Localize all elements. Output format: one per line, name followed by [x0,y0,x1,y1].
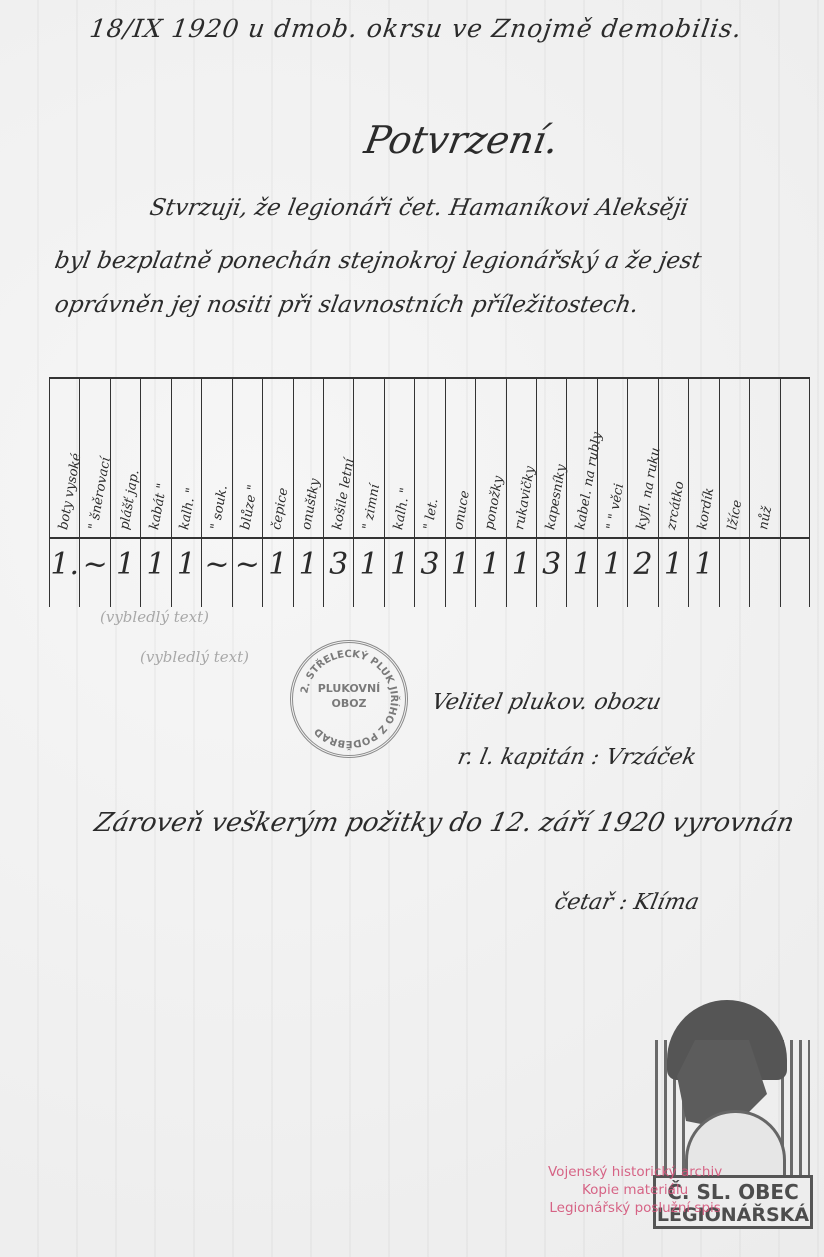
table-value-cell [719,539,749,607]
header-note: 18/IX 1920 u dmob. okrsu ve Znojmě demob… [88,14,744,43]
header-label: plášť jap. [117,469,142,531]
header-label: zrcátko [665,480,688,531]
settlement-note: Zároveň veškerým požitky do 12. září 192… [92,808,797,838]
header-label: " " věci [604,482,627,531]
header-label: ponožky [482,475,506,531]
stamp-center-line-1: PLUKOVNÍ [293,681,405,696]
table-header-cell: rukavičky [506,379,536,537]
uniform-items-table: boty vysoké " šněrovací plášť jap. kabát… [49,377,810,609]
faded-note-2: (vybledlý text) [140,648,249,666]
captain-signature: r. l. kapitán : Vrzáček [455,745,698,770]
table-header-cell: onuce [445,379,475,537]
table-value-cell: 1 [445,539,475,607]
table-header-cell: košile letní [323,379,353,537]
table-value-cell: 1 [140,539,170,607]
header-label: nůž [756,505,775,531]
table-header-cell: kabel. na rubly [566,379,596,537]
value-label: 1 [446,547,475,582]
table-value-cell: 3 [414,539,444,607]
table-value-cell: ~ [201,539,231,607]
value-label: 1 [111,547,140,582]
value-label: 1 [172,547,201,582]
table-header-cell: nůž [749,379,779,537]
value-label: 3 [415,547,444,582]
header-label: kabát " [147,482,170,531]
archive-stamp-line-2: Kopie materiálu [548,1181,722,1199]
header-label: kapesníky [543,463,569,531]
value-label: 1 [263,547,292,582]
table-value-cell: 1. [49,539,79,607]
table-value-cell: 1 [475,539,505,607]
value-label: 1 [689,547,718,582]
table-value-cell: 1 [597,539,627,607]
table-header-cell: " šněrovací [79,379,109,537]
table-value-cell [749,539,779,607]
archive-stamp: Vojenský historický archiv Kopie materiá… [548,1163,722,1217]
value-label: 1 [507,547,536,582]
table-value-cell: ~ [79,539,109,607]
header-label: rukavičky [513,465,539,531]
archive-stamp-line-1: Vojenský historický archiv [548,1163,722,1181]
header-label: čepice [269,487,291,531]
table-header-cell: " souk. [201,379,231,537]
table-header-cell: ponožky [475,379,505,537]
table-value-cell: 1 [688,539,718,607]
table-header-cell [780,379,810,537]
value-label: 2 [628,547,657,582]
header-label: blůze " [239,484,262,531]
table-header-row: boty vysoké " šněrovací plášť jap. kabát… [49,379,810,537]
value-label: 1 [385,547,414,582]
value-label: 1 [598,547,627,582]
table-value-cell: 1 [110,539,140,607]
value-label: 1 [294,547,323,582]
archive-stamp-line-3: Legionářský poslužní spis [548,1199,722,1217]
header-label: " zimní [360,483,383,531]
value-label: 1 [141,547,170,582]
table-value-row: 1. ~ 1 1 1 ~ ~ 1 1 3 1 1 3 1 1 1 3 1 1 2… [49,537,810,607]
value-label: 1. [50,547,79,582]
sergeant-signature: četař : Klíma [552,890,701,915]
header-label: kalh. " [178,487,200,531]
header-label: kalh. " [391,487,413,531]
value-label: 3 [537,547,566,582]
table-value-cell: 2 [627,539,657,607]
table-value-cell: 1 [262,539,292,607]
table-value-cell: 1 [658,539,688,607]
header-label: lžíce [726,499,746,531]
header-label: onuštky [299,477,323,531]
table-value-cell: ~ [232,539,262,607]
table-header-cell: onuštky [293,379,323,537]
table-header-cell: kyfl. na ruku [627,379,657,537]
table-header-cell: kordík [688,379,718,537]
header-label: kordík [695,487,717,531]
value-label: 1 [659,547,688,582]
table-value-cell: 1 [293,539,323,607]
table-header-cell: čepice [262,379,292,537]
header-label: " let. [421,498,441,531]
table-header-cell: " zimní [353,379,383,537]
table-value-cell: 1 [506,539,536,607]
header-label: " souk. [208,484,231,531]
table-header-cell: kalh. " [384,379,414,537]
value-label: ~ [202,547,231,582]
value-label: 1 [476,547,505,582]
table-value-cell: 1 [384,539,414,607]
table-header-cell: lžíce [719,379,749,537]
table-header-cell: kabát " [140,379,170,537]
stamp-center-line-2: OBOZ [293,696,405,711]
table-value-cell: 1 [171,539,201,607]
faded-note-1: (vybledlý text) [100,608,209,626]
table-value-cell: 3 [323,539,353,607]
value-label: 1 [567,547,596,582]
body-line-3: oprávněn jej nositi při slavnostních pří… [53,292,641,318]
value-label: ~ [80,547,109,582]
table-value-cell: 1 [353,539,383,607]
table-value-cell [780,539,810,607]
table-value-cell: 3 [536,539,566,607]
document-title: Potvrzení. [361,118,562,162]
table-value-cell: 1 [566,539,596,607]
table-header-cell: " let. [414,379,444,537]
value-label: 3 [324,547,353,582]
commander-title: Velitel plukov. obozu [429,690,663,715]
table-header-cell: blůze " [232,379,262,537]
table-header-cell: zrcátko [658,379,688,537]
table-header-cell: " " věci [597,379,627,537]
regiment-stamp: 2. STŘELECKÝ PLUK JIŘÍHO Z PODĚBRAD PLUK… [290,640,408,758]
value-label: ~ [233,547,262,582]
body-line-2: byl bezplatně ponechán stejnokroj legion… [53,248,704,274]
body-line-1: Stvrzuji, že legionáři čet. Hamaníkovi A… [148,195,690,221]
table-header-cell: plášť jap. [110,379,140,537]
table-header-cell: boty vysoké [49,379,79,537]
table-header-cell: kalh. " [171,379,201,537]
header-label: onuce [452,489,474,531]
table-header-cell: kapesníky [536,379,566,537]
value-label: 1 [354,547,383,582]
